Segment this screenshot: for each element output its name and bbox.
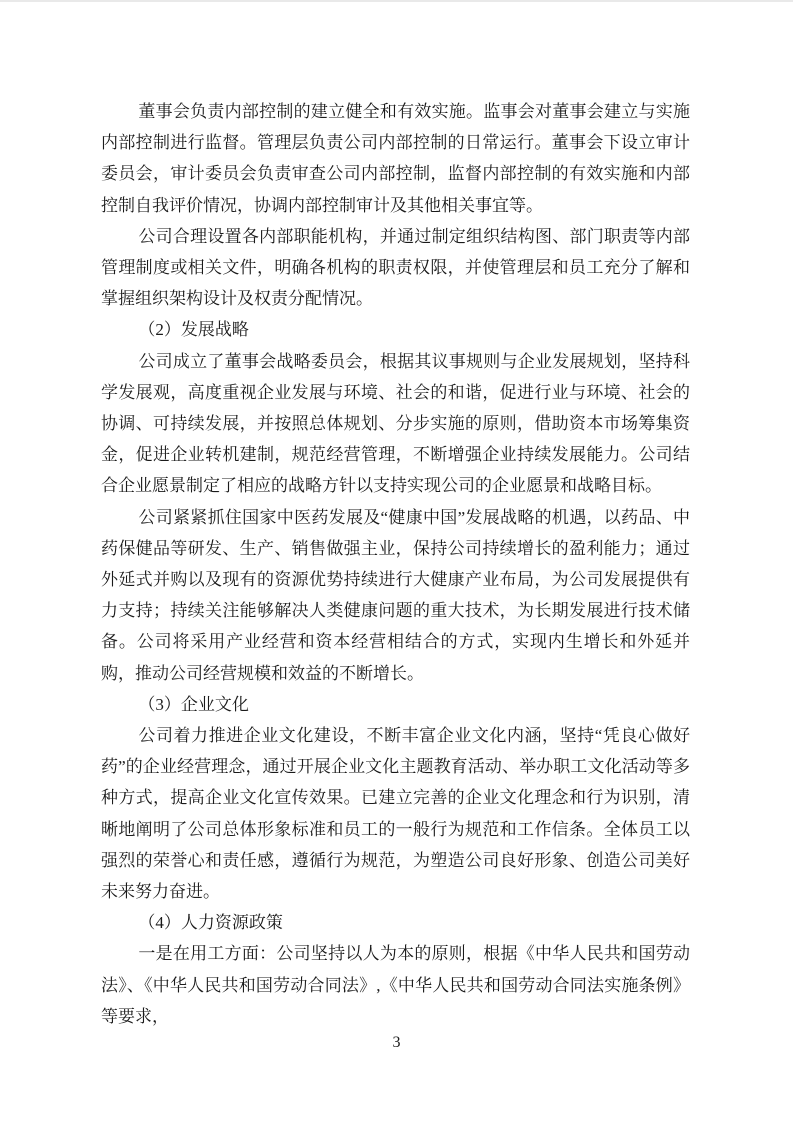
- body-paragraph: 公司着力推进企业文化建设，不断丰富企业文化内涵，坚持“凭良心做好药”的企业经营理…: [101, 720, 690, 907]
- page-top-edge: [0, 0, 793, 2]
- body-paragraph: 一是在用工方面：公司坚持以人为本的原则，根据《中华人民共和国劳动法》、《中华人民…: [101, 938, 690, 1032]
- body-paragraph: 公司合理设置各内部职能机构，并通过制定组织结构图、部门职责等内部管理制度或相关文…: [101, 221, 690, 315]
- section-heading: （3）企业文化: [101, 689, 690, 720]
- body-paragraph: 公司成立了董事会战略委员会，根据其议事规则与企业发展规划，坚持科学发展观，高度重…: [101, 346, 690, 502]
- page-number: 3: [393, 1034, 401, 1051]
- body-paragraph: 公司紧紧抓住国家中医药发展及“健康中国”发展战略的机遇，以药品、中药保健品等研发…: [101, 502, 690, 689]
- body-paragraph: 董事会负责内部控制的建立健全和有效实施。监事会对董事会建立与实施内部控制进行监督…: [101, 96, 690, 221]
- section-heading: （2）发展战略: [101, 314, 690, 345]
- document-body: 董事会负责内部控制的建立健全和有效实施。监事会对董事会建立与实施内部控制进行监督…: [101, 96, 690, 1032]
- section-heading: （4）人力资源政策: [101, 907, 690, 938]
- page-footer: 3: [0, 1034, 793, 1052]
- document-page: 董事会负责内部控制的建立健全和有效实施。监事会对董事会建立与实施内部控制进行监督…: [0, 0, 793, 1122]
